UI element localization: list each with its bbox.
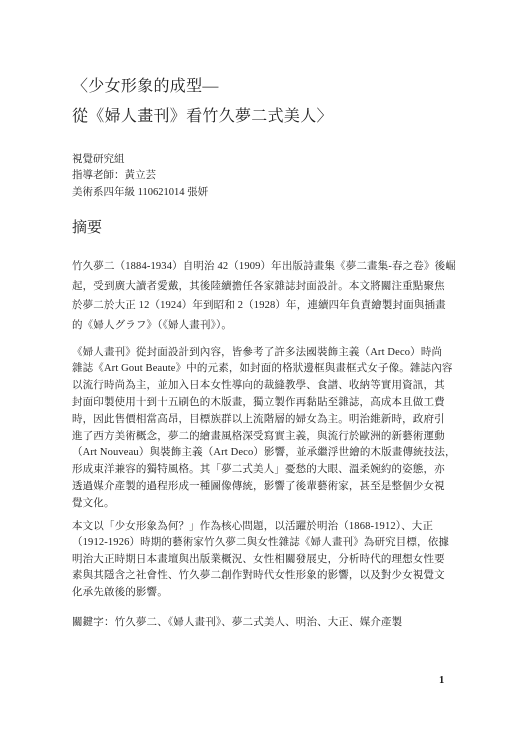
paper-title: 〈少女形象的成型— 從《婦人畫刊》看竹久夢二式美人〉 bbox=[72, 72, 472, 132]
author-info-label: 美術系四年級 110621014 張妍 bbox=[72, 185, 472, 201]
author-block: 視覺研究組 指導老師：黃立芸 美術系四年級 110621014 張妍 bbox=[72, 152, 472, 201]
research-group-label: 視覺研究組 bbox=[72, 152, 472, 168]
text-line: 覺文化。 bbox=[72, 496, 472, 513]
document-content: 〈少女形象的成型— 從《婦人畫刊》看竹久夢二式美人〉 視覺研究組 指導老師：黃立… bbox=[72, 0, 472, 631]
text-line: 的《婦人グラフ》（《婦人畫刊》）。 bbox=[72, 316, 472, 336]
paper-title-line2: 從《婦人畫刊》看竹久夢二式美人〉 bbox=[72, 102, 472, 132]
page-number: 1 bbox=[439, 675, 444, 686]
text-line: 進了西方美術概念，夢二的繪畫風格深受寫實主義，與流行於歐洲的新藝術運動 bbox=[72, 429, 472, 446]
paper-title-line1: 〈少女形象的成型— bbox=[72, 72, 472, 102]
text-line: 透過媒介產製的過程形成一種圖像傳統，影響了後輩藝術家，甚至是整個少女視 bbox=[72, 479, 472, 496]
text-line: 素與其隱含之社會性、竹久夢二創作對時代女性形象的影響，以及對少女視覺文 bbox=[72, 568, 472, 585]
text-line: （Art Nouveau）與裝飾主義（Art Deco）影響，並承繼浮世繪的木版… bbox=[72, 445, 472, 462]
text-line: 明治大正時期日本畫壇與出版業概況、女性相關發展史，分析時代的理想女性要 bbox=[72, 552, 472, 569]
text-line: 形成東洋兼容的獨特風格。其「夢二式美人」憂愁的大眼、溫柔婉約的姿態，亦 bbox=[72, 462, 472, 479]
text-line: 化承先啟後的影響。 bbox=[72, 585, 472, 602]
document-page: 〈少女形象的成型— 從《婦人畫刊》看竹久夢二式美人〉 視覺研究組 指導老師：黃立… bbox=[0, 0, 520, 736]
text-line: 竹久夢二（1884-1934）自明治 42（1909）年出版詩畫集《夢二畫集-春… bbox=[72, 257, 472, 277]
abstract-paragraph-3: 本文以「少女形象為何？」作為核心問題，以活躍於明治（1868-1912）、大正（… bbox=[72, 519, 472, 602]
text-line: 封面印製使用十到十五刷色的木版畫，獨立製作再黏貼至雜誌，高成本且做工費 bbox=[72, 395, 472, 412]
abstract-paragraph-1: 竹久夢二（1884-1934）自明治 42（1909）年出版詩畫集《夢二畫集-春… bbox=[72, 257, 472, 335]
text-line: 於夢二於大正 12（1924）年到昭和 2（1928）年，連續四年負責繪製封面與… bbox=[72, 296, 472, 316]
text-line: 起，受到廣大讀者愛戴，其後陸續擔任各家雜誌封面設計。本文將關注重點聚焦 bbox=[72, 277, 472, 297]
advisor-label: 指導老師：黃立芸 bbox=[72, 168, 472, 184]
text-line: 時，因此售價相當高昂，目標族群以上流階層的婦女為主。明治維新時，政府引 bbox=[72, 412, 472, 429]
text-line: 本文以「少女形象為何？」作為核心問題，以活躍於明治（1868-1912）、大正 bbox=[72, 519, 472, 536]
abstract-heading: 摘要 bbox=[72, 218, 472, 239]
keywords-line: 關鍵字：竹久夢二、《婦人畫刊》、夢二式美人、明治、大正、媒介產製 bbox=[72, 615, 472, 632]
text-line: 雜誌《Art Gout Beaute》中的元素，如封面的格狀邊框與畫框式女子像。… bbox=[72, 361, 472, 378]
text-line: （1912-1926）時期的藝術家竹久夢二與女性雜誌《婦人畫刊》為研究目標，依據 bbox=[72, 535, 472, 552]
abstract-paragraph-2: 《婦人畫刊》從封面設計到內容，皆參考了許多法國裝飾主義（Art Deco）時尚雜… bbox=[72, 345, 472, 513]
text-line: 以流行時尚為主，並加入日本女性導向的裁縫教學、食譜、收納等實用資訊，其 bbox=[72, 378, 472, 395]
text-line: 《婦人畫刊》從封面設計到內容，皆參考了許多法國裝飾主義（Art Deco）時尚 bbox=[72, 345, 472, 362]
